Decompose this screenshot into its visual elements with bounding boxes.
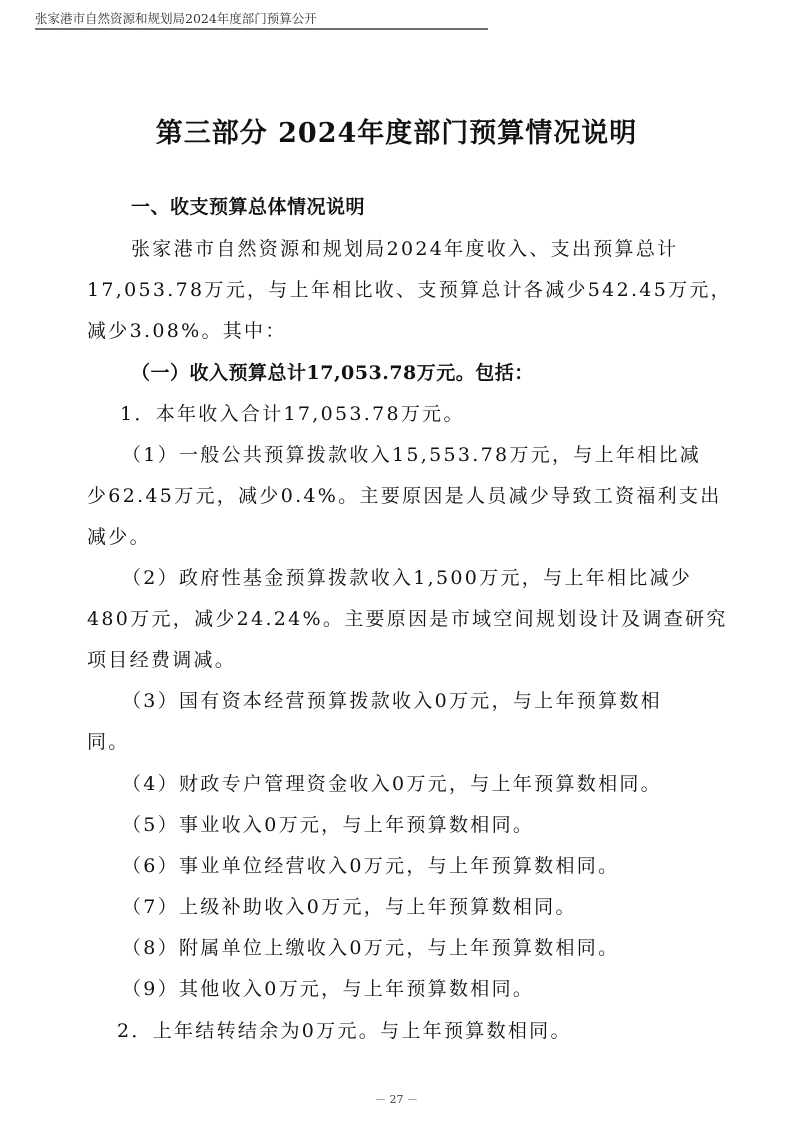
sub-item-1-line-3: 减少。 [87,522,151,549]
sub-item-2-line-1: （2）政府性基金预算拨款收入1,500万元，与上年相比减少 [122,563,692,590]
sub-item-2-line-3: 项目经费调减。 [87,645,236,672]
page-title: 第三部分 2024年度部门预算情况说明 [0,111,793,150]
section-heading: 一、收支预算总体情况说明 [131,192,365,219]
sub-item-7: （7）上级补助收入0万元，与上年预算数相同。 [122,892,577,919]
subsection-heading: （一）收入预算总计17,053.78万元。包括： [131,358,534,385]
sub-item-3-line-1: （3）国有资本经营预算拨款收入0万元，与上年预算数相 [122,686,662,713]
header-divider [35,28,488,30]
sub-item-8: （8）附属单位上缴收入0万元，与上年预算数相同。 [122,933,619,960]
page-number: － 27 － [0,1091,793,1107]
sub-item-1-line-1: （1）一般公共预算拨款收入15,553.78万元，与上年相比减 [122,440,701,467]
intro-line-3: 减少3.08%。其中： [87,316,287,343]
intro-line-2: 17,053.78万元，与上年相比收、支预算总计各减少542.45万元， [87,275,732,302]
running-header: 张家港市自然资源和规划局2024年度部门预算公开 [35,9,317,27]
sub-item-5: （5）事业收入0万元，与上年预算数相同。 [122,810,534,837]
intro-line-1: 张家港市自然资源和规划局2024年度收入、支出预算总计 [131,234,678,261]
sub-item-6: （6）事业单位经营收入0万元，与上年预算数相同。 [122,851,619,878]
sub-item-9: （9）其他收入0万元，与上年预算数相同。 [122,974,534,1001]
list-item-1: 1．本年收入合计17,053.78万元。 [120,399,465,426]
list-item-2: 2．上年结转结余为0万元。与上年预算数相同。 [117,1016,572,1043]
sub-item-2-line-2: 480万元，减少24.24%。主要原因是市域空间规划设计及调查研究 [87,604,728,631]
sub-item-3-line-2: 同。 [87,727,130,754]
sub-item-4: （4）财政专户管理资金收入0万元，与上年预算数相同。 [122,769,662,796]
sub-item-1-line-2: 少62.45万元，减少0.4%。主要原因是人员减少导致工资福利支出 [87,481,722,508]
